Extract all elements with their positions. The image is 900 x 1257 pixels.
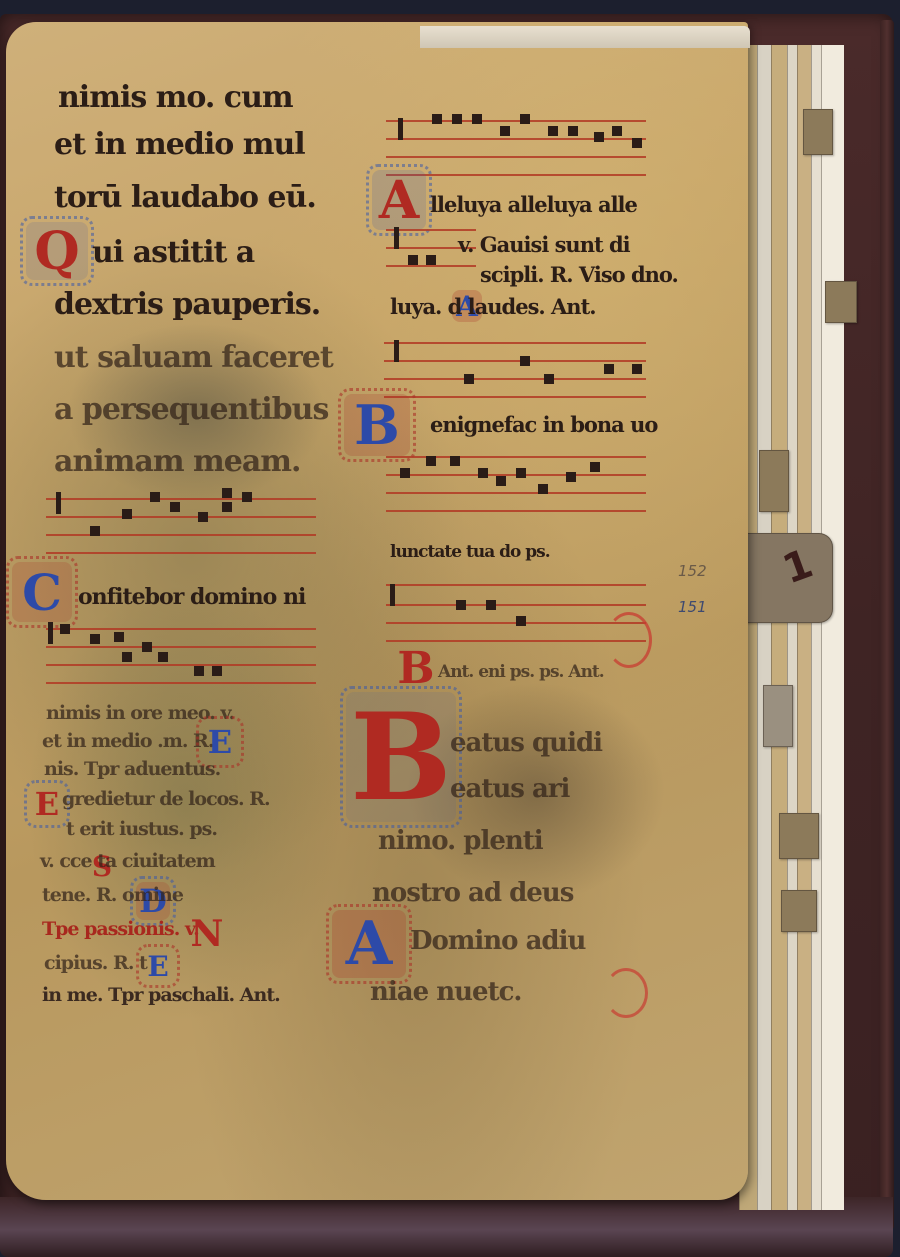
text-line: nimis mo. cum [58, 80, 293, 115]
flourish [20, 216, 94, 286]
manuscript-leaf: nimis mo. cum et in medio mul torū lauda… [6, 22, 748, 1200]
text-line: v. Gauisi sunt di [458, 232, 630, 257]
music-staff [384, 340, 646, 396]
protruding-leaf-top [420, 26, 750, 48]
text-line: animam meam. [54, 444, 300, 479]
page-tab[interactable] [781, 890, 817, 932]
text-line-with-rubric: in me. Tpr paschali. Ant. [42, 984, 280, 1006]
faded-red-initial [606, 612, 652, 668]
text-line: onfitebor domino ni [78, 584, 305, 610]
text-line: tene. R. omine [42, 884, 183, 906]
text-line: gredietur de locos. R. [62, 788, 270, 810]
page-tab[interactable] [803, 109, 833, 155]
music-staff [46, 492, 316, 552]
text-line: niae nuetc. [370, 977, 521, 1007]
tab-marker-label: 1 [777, 541, 819, 594]
flourish [6, 556, 78, 628]
illuminated-initial-q: Q [26, 222, 88, 280]
leaf-edge [771, 45, 788, 1210]
initial-letter: N [191, 913, 224, 955]
text-line: torū laudabo eū. [54, 180, 316, 215]
leaf-edge [797, 45, 812, 1210]
text-line: Domino adiu [410, 926, 585, 956]
folio-number-pencil: 152 [678, 562, 707, 580]
page-tab[interactable] [759, 450, 789, 512]
faded-red-initial [604, 968, 648, 1018]
flourish [340, 686, 462, 828]
text-line: dextris pauperis. [54, 287, 320, 322]
text-line: et in medio mul [54, 127, 305, 162]
illuminated-initial-n: N [192, 914, 222, 954]
text-line: t erit iustus. ps. [66, 818, 217, 840]
illuminated-initial-b2: B [396, 644, 436, 692]
text-line: enignefac in bona uo [430, 412, 657, 437]
text-line: ui astitit a [92, 235, 254, 270]
text-line: nis. Tpr aduentus. [44, 758, 220, 780]
leaf-edge [757, 45, 772, 1210]
text-line: nimo. plenti [378, 826, 543, 856]
text-line: eatus quidi [450, 728, 602, 758]
text-line: lunctate tua do ps. [390, 542, 550, 562]
illuminated-initial-e: E [202, 722, 238, 762]
illuminated-initial-c: C [12, 562, 72, 622]
flourish [338, 388, 416, 462]
text-line: ut saluam faceret [54, 340, 333, 375]
text-line: luya. d laudes. Ant. [390, 294, 596, 319]
illuminated-initial-b-large: B [346, 692, 456, 822]
flourish [366, 164, 432, 236]
folio-number-ink: 151 [678, 598, 707, 616]
illuminated-initial-a3: A [332, 910, 406, 978]
text-line: et in medio .m. R. [42, 730, 213, 752]
page-tab-marked[interactable]: 1 [735, 533, 833, 623]
music-staff [46, 622, 316, 682]
text-line: a persequentibus [54, 392, 328, 427]
flourish [326, 904, 412, 984]
text-line: cipius. R. t [44, 952, 147, 974]
text-line: lleluya alleluya alle [430, 192, 637, 217]
page-tab[interactable] [825, 281, 857, 323]
text-line: scipli. R. Viso dno. [480, 262, 678, 287]
illuminated-initial-b: B [344, 394, 410, 456]
page-stack: 1 [735, 45, 845, 1210]
rubric-line: Tpe passionis. v. [42, 918, 199, 940]
music-staff [386, 452, 646, 512]
text-line: Ant. eni ps. ps. Ant. [438, 662, 604, 682]
text-line: eatus ari [450, 774, 569, 804]
illuminated-initial-a: A [372, 170, 426, 230]
page-tab[interactable] [779, 813, 819, 859]
leaf-edge [821, 45, 844, 1210]
page-tab[interactable] [763, 685, 793, 747]
illuminated-initial-e2: E [30, 786, 64, 822]
binding-edge [880, 20, 894, 1230]
text-line: v. cce ta ciuitatem [40, 850, 215, 872]
